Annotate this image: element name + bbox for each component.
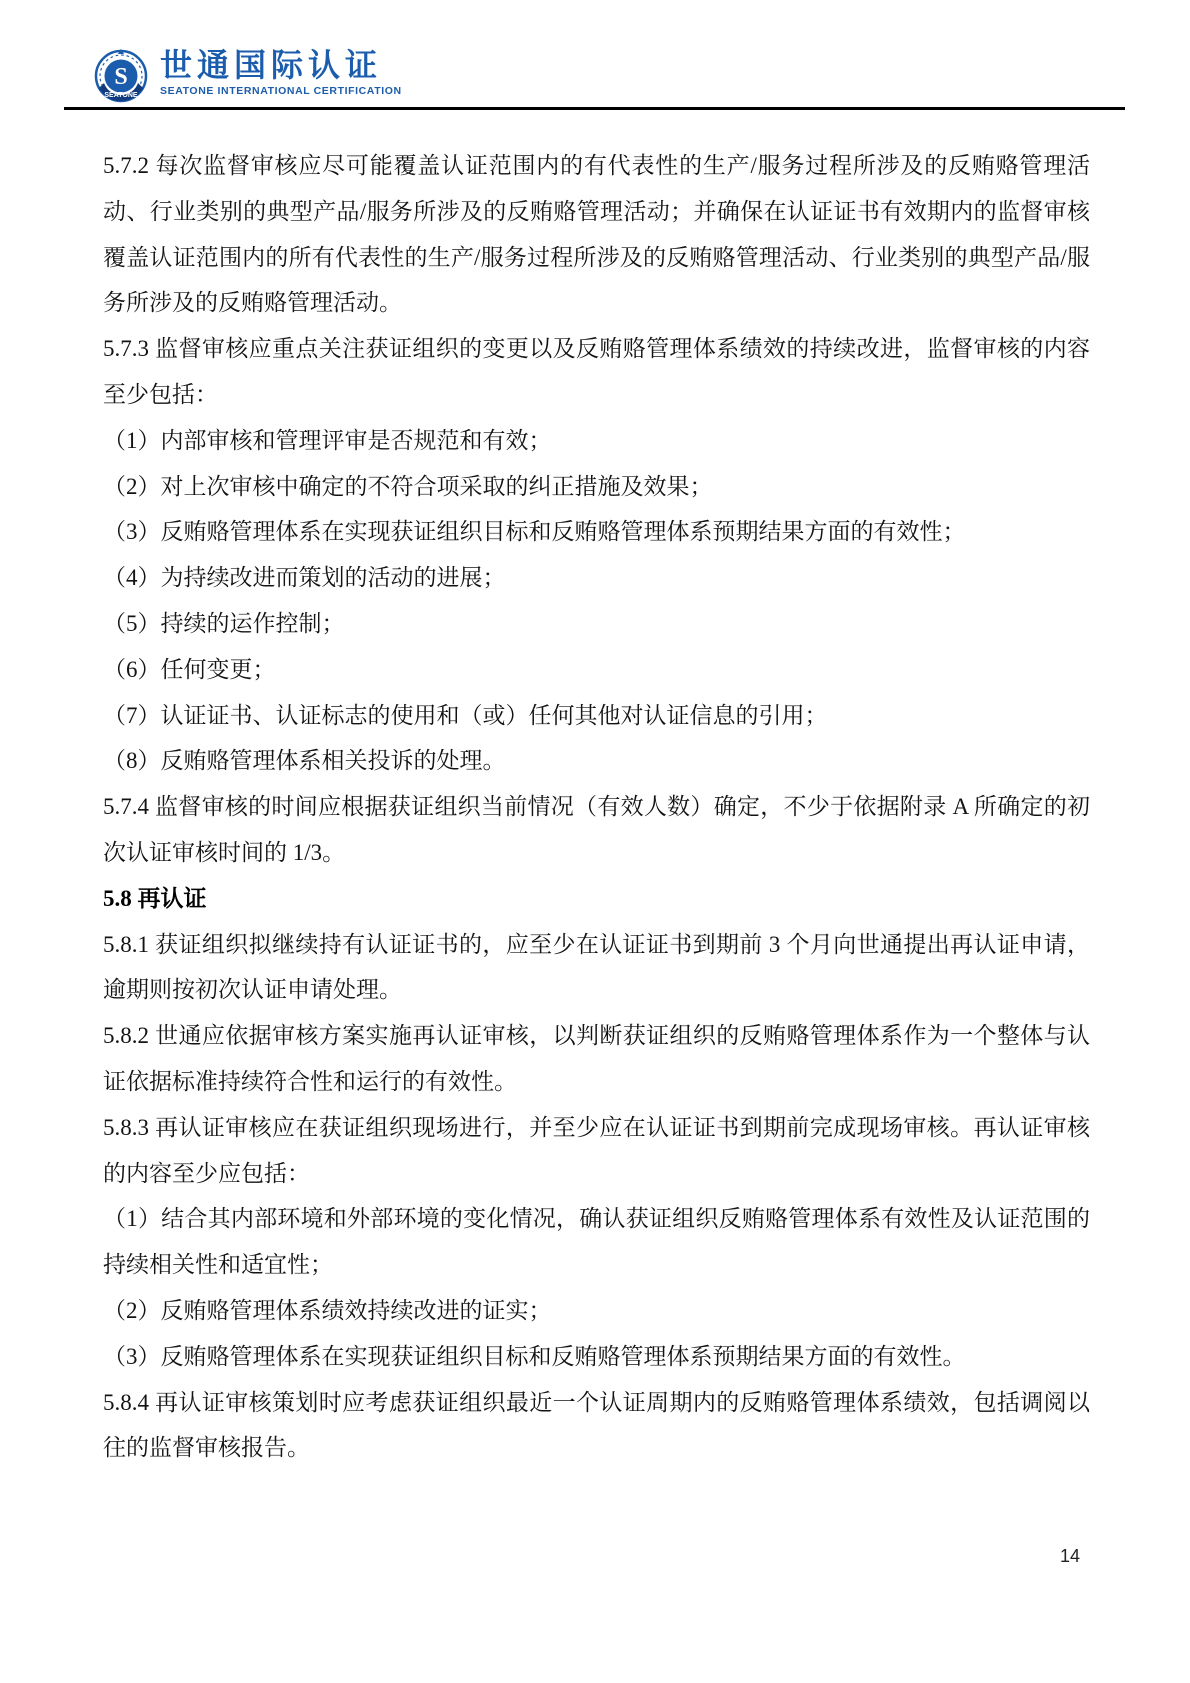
list-item-8: （8）反贿赂管理体系相关投诉的处理。: [103, 738, 1090, 784]
header-divider: [64, 107, 1125, 110]
reaudit-item-3: （3）反贿赂管理体系在实现获证组织目标和反贿赂管理体系预期结果方面的有效性。: [103, 1334, 1090, 1380]
para-5-7-2: 5.7.2 每次监督审核应尽可能覆盖认证范围内的有代表性的生产/服务过程所涉及的…: [103, 143, 1090, 326]
logo-text-block: 世通国际认证 SEATONE INTERNATIONAL CERTIFICATI…: [160, 48, 402, 97]
list-item-6: （6）任何变更；: [103, 647, 1090, 693]
list-item-2: （2）对上次审核中确定的不符合项采取的纠正措施及效果；: [103, 464, 1090, 510]
emblem-letter: S: [114, 64, 127, 90]
reaudit-item-2: （2）反贿赂管理体系绩效持续改进的证实；: [103, 1288, 1090, 1334]
para-5-8-2: 5.8.2 世通应依据审核方案实施再认证审核，以判断获证组织的反贿赂管理体系作为…: [103, 1013, 1090, 1105]
para-5-8-3: 5.8.3 再认证审核应在获证组织现场进行，并至少应在认证证书到期前完成现场审核…: [103, 1105, 1090, 1197]
page-number: 14: [1060, 1546, 1080, 1567]
logo-title-cn: 世通国际认证: [160, 48, 402, 82]
document-body: 5.7.2 每次监督审核应尽可能覆盖认证范围内的有代表性的生产/服务过程所涉及的…: [103, 143, 1090, 1471]
header: S SEATONE 世通国际认证 SEATONE INTERNATIONAL C…: [92, 48, 402, 108]
para-5-8-4: 5.8.4 再认证审核策划时应考虑获证组织最近一个认证周期内的反贿赂管理体系绩效…: [103, 1380, 1090, 1472]
logo-subtitle-en: SEATONE INTERNATIONAL CERTIFICATION: [160, 85, 402, 97]
seatone-logo-icon: S SEATONE: [92, 48, 150, 108]
heading-5-8: 5.8 再认证: [103, 876, 1090, 922]
para-5-8-1: 5.8.1 获证组织拟继续持有认证证书的，应至少在认证证书到期前 3 个月向世通…: [103, 922, 1090, 1014]
list-item-5: （5）持续的运作控制；: [103, 601, 1090, 647]
list-item-7: （7）认证证书、认证标志的使用和（或）任何其他对认证信息的引用；: [103, 693, 1090, 739]
list-item-3: （3）反贿赂管理体系在实现获证组织目标和反贿赂管理体系预期结果方面的有效性；: [103, 509, 1090, 555]
para-5-7-4: 5.7.4 监督审核的时间应根据获证组织当前情况（有效人数）确定，不少于依据附录…: [103, 784, 1090, 876]
emblem-banner-text: SEATONE: [104, 92, 138, 99]
para-5-7-3: 5.7.3 监督审核应重点关注获证组织的变更以及反贿赂管理体系绩效的持续改进，监…: [103, 326, 1090, 418]
reaudit-item-1: （1）结合其内部环境和外部环境的变化情况，确认获证组织反贿赂管理体系有效性及认证…: [103, 1196, 1090, 1288]
list-item-4: （4）为持续改进而策划的活动的进展；: [103, 555, 1090, 601]
list-item-1: （1）内部审核和管理评审是否规范和有效；: [103, 418, 1090, 464]
document-page: S SEATONE 世通国际认证 SEATONE INTERNATIONAL C…: [0, 0, 1190, 1683]
